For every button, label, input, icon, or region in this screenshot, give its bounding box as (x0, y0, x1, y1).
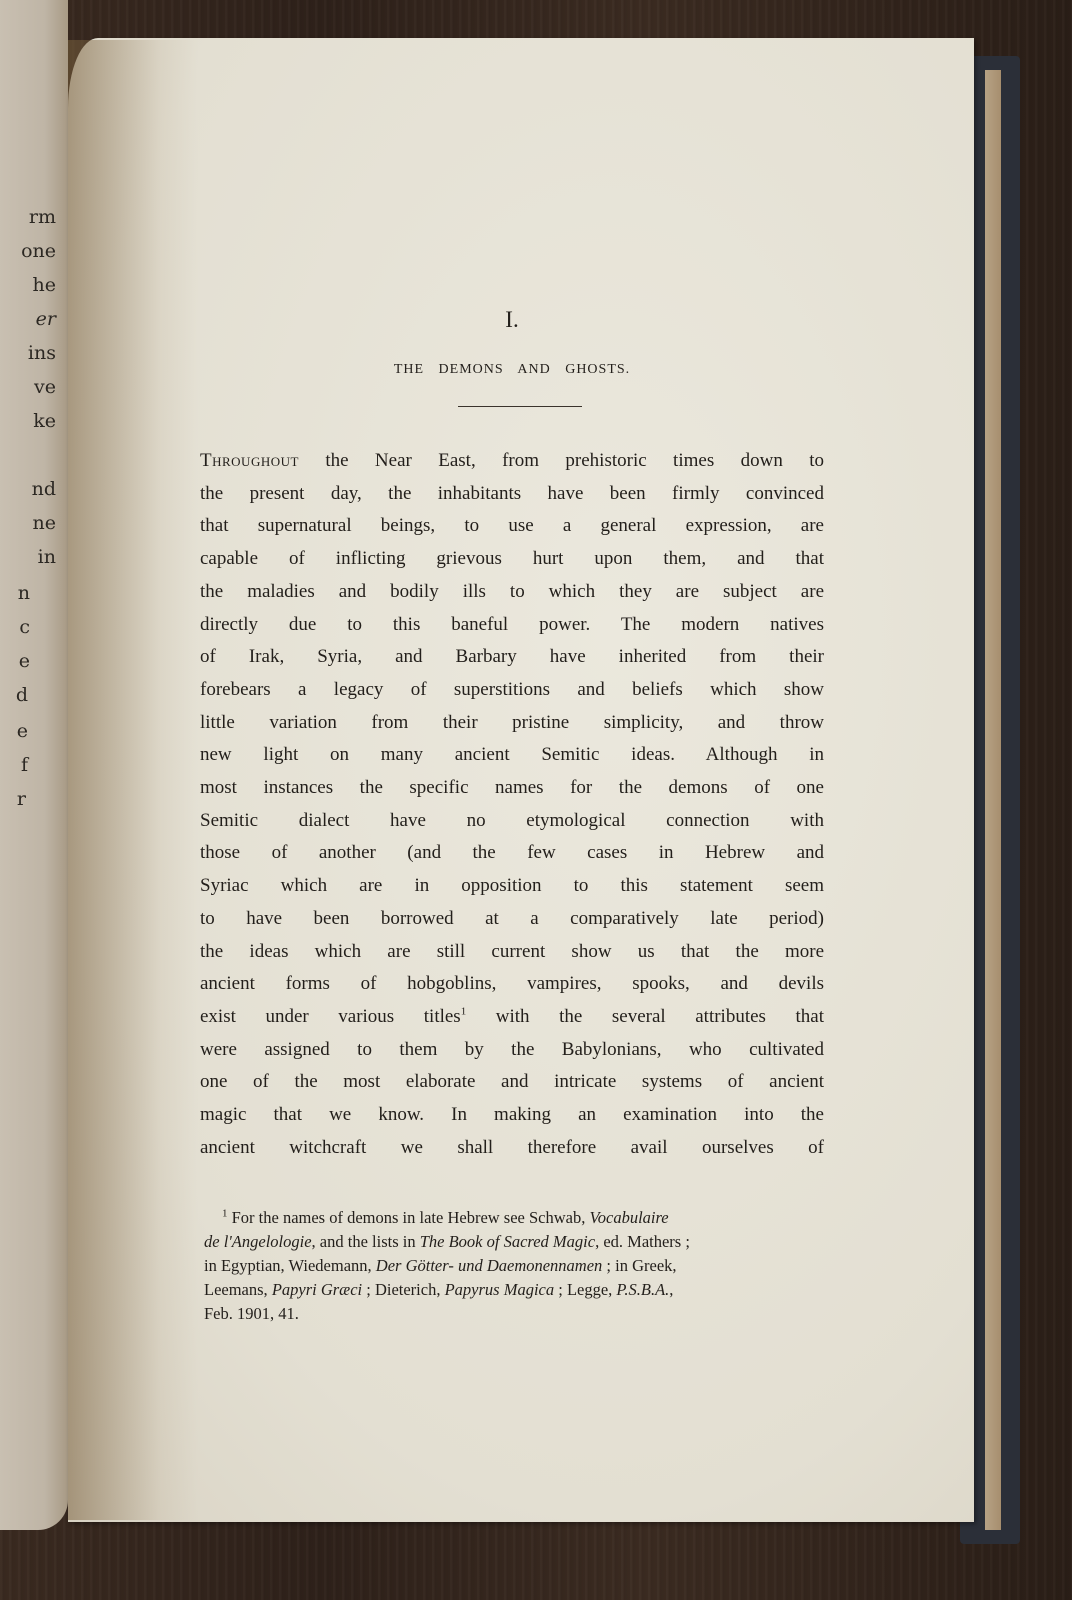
page-edges (985, 70, 1001, 1530)
body-line: magic that we know. In making an examina… (200, 1099, 824, 1132)
body-line: to have been borrowed at a comparatively… (200, 903, 824, 936)
body-line: new light on many ancient Semitic ideas.… (200, 739, 824, 772)
left-page-fragment: c (19, 618, 30, 637)
body-line: that supernatural beings, to use a gener… (200, 510, 824, 543)
left-page-fragment: e (17, 722, 28, 741)
left-page-fragment: in (38, 548, 56, 567)
footnote-line: in Egyptian, Wiedemann, Der Götter- und … (204, 1254, 824, 1278)
body-line: Semitic dialect have no etymological con… (200, 805, 824, 838)
body-line: Syriac which are in opposition to this s… (200, 870, 824, 903)
body-line: little variation from their pristine sim… (200, 707, 824, 740)
body-line: ancient forms of hobgoblins, vampires, s… (200, 968, 824, 1001)
body-line: Throughout the Near East, from prehistor… (200, 445, 824, 478)
body-line: the present day, the inhabitants have be… (200, 478, 824, 511)
left-page: rm one he er ins ve ke nd ne in n c e d … (0, 0, 68, 1530)
left-page-fragment: ke (33, 412, 56, 431)
footnote-line: 1 For the names of demons in late Hebrew… (204, 1206, 824, 1230)
footnote-line: de l'Angelologie, and the lists in The B… (204, 1230, 824, 1254)
left-page-fragment: e (19, 652, 30, 671)
body-line: were assigned to them by the Babylonians… (200, 1034, 824, 1067)
body-paragraph: Throughout the Near East, from prehistor… (200, 445, 824, 1164)
chapter-title: THE DEMONS AND GHOSTS. (200, 362, 824, 378)
left-page-fragment: nd (32, 480, 56, 499)
body-line: ancient witchcraft we shall therefore av… (200, 1132, 824, 1165)
left-page-fragment: ve (34, 378, 56, 397)
body-line: the maladies and bodily ills to which th… (200, 576, 824, 609)
body-line: the ideas which are still current show u… (200, 936, 824, 969)
left-page-fragment: n (18, 584, 30, 603)
body-line: forebears a legacy of superstitions and … (200, 674, 824, 707)
title-rule (458, 406, 582, 407)
body-line: capable of inflicting grievous hurt upon… (200, 543, 824, 576)
body-line: one of the most elaborate and intricate … (200, 1066, 824, 1099)
body-line: most instances the specific names for th… (200, 772, 824, 805)
left-page-fragment: f (21, 756, 28, 775)
left-page-fragment: he (33, 276, 56, 295)
lead-smallcaps: Throughout (200, 450, 299, 471)
left-page-fragment: ne (33, 514, 56, 533)
left-page-fragment: rm (29, 208, 56, 227)
footnote: 1 For the names of demons in late Hebrew… (200, 1206, 824, 1326)
left-page-fragment: d (16, 686, 28, 705)
chapter-number: I. (200, 300, 824, 340)
footnote-line: Leemans, Papyri Græci ; Dieterich, Papyr… (204, 1278, 824, 1302)
body-line: exist under various titles1 with the sev… (200, 1001, 824, 1034)
body-line: of Irak, Syria, and Barbary have inherit… (200, 641, 824, 674)
left-page-fragment: er (36, 310, 56, 329)
left-page-fragment: one (21, 242, 56, 261)
body-line: directly due to this baneful power. The … (200, 609, 824, 642)
footnote-line: Feb. 1901, 41. (204, 1302, 824, 1326)
left-page-fragment: ins (28, 344, 56, 363)
page-content: I. THE DEMONS AND GHOSTS. Throughout the… (200, 300, 824, 1326)
left-page-fragment: r (17, 790, 26, 809)
body-line: those of another (and the few cases in H… (200, 837, 824, 870)
